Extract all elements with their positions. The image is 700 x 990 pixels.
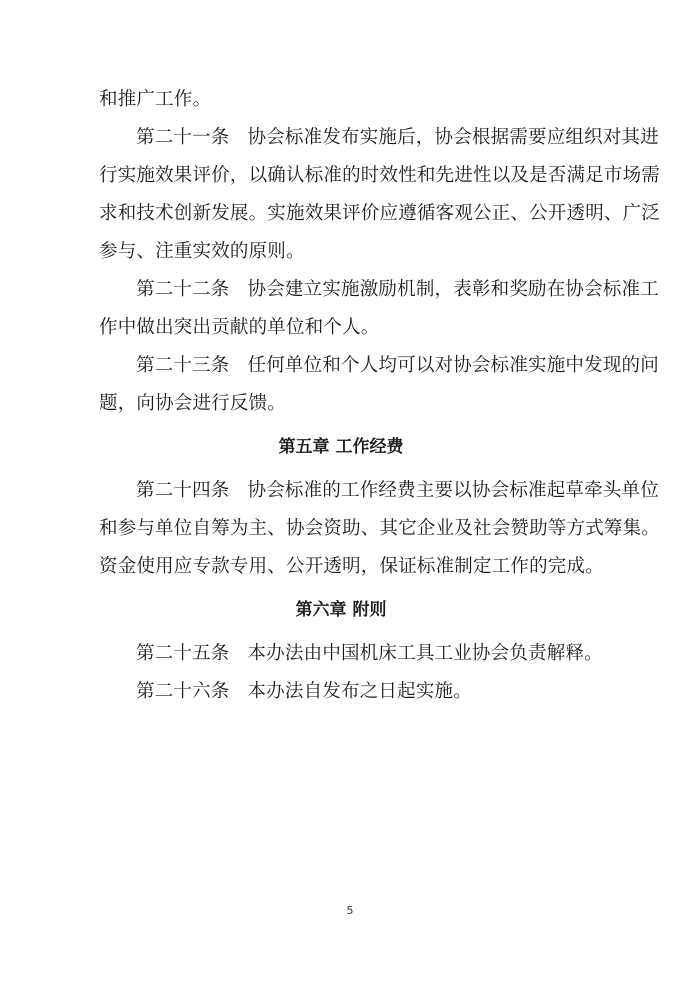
line-text: 题，向协会进行反馈。 — [99, 393, 286, 414]
paragraph-continuation: 和推广工作。 — [99, 88, 211, 112]
article-number: 第二十六条 — [136, 681, 230, 702]
article-22-line-2: 作中做出突出贡献的单位和个人。 — [99, 316, 380, 340]
line-text: 和推广工作。 — [99, 89, 211, 110]
article-26: 第二十六条本办法自发布之日起实施。 — [136, 680, 472, 704]
article-22: 第二十二条协会建立实施激励机制，表彰和奖励在协会标准工 — [136, 278, 659, 302]
line-text: 协会标准的工作经费主要以协会标准起草牵头单位 — [248, 480, 659, 501]
article-number: 第二十五条 — [136, 643, 230, 664]
article-number: 第二十三条 — [136, 355, 230, 376]
chapter-6-heading: 第六章 附则 — [99, 598, 583, 622]
article-21-line-3: 求和技术创新发展。实施效果评价应遵循客观公正、公开透明、广泛 — [99, 202, 660, 226]
article-21-line-2: 行实施效果评价，以确认标准的时效性和先进性以及是否满足市场需 — [99, 164, 660, 188]
line-text: 作中做出突出贡献的单位和个人。 — [99, 317, 380, 338]
line-text: 行实施效果评价，以确认标准的时效性和先进性以及是否满足市场需 — [99, 165, 660, 186]
article-24-line-2: 和参与单位自筹为主、协会资助、其它企业及社会赞助等方式筹集。 — [99, 517, 660, 541]
article-23: 第二十三条任何单位和个人均可以对协会标准实施中发现的问 — [136, 354, 659, 378]
line-text: 资金使用应专款专用、公开透明，保证标准制定工作的完成。 — [99, 556, 604, 577]
article-21: 第二十一条协会标准发布实施后，协会根据需要应组织对其进 — [136, 126, 659, 150]
line-text: 和参与单位自筹为主、协会资助、其它企业及社会赞助等方式筹集。 — [99, 518, 660, 539]
line-text: 任何单位和个人均可以对协会标准实施中发现的问 — [248, 355, 659, 376]
chapter-5-heading: 第五章 工作经费 — [99, 435, 583, 459]
article-25: 第二十五条本办法由中国机床工具工业协会负责解释。 — [136, 642, 603, 666]
article-23-line-2: 题，向协会进行反馈。 — [99, 392, 286, 416]
line-text: 求和技术创新发展。实施效果评价应遵循客观公正、公开透明、广泛 — [99, 203, 660, 224]
page-number: 5 — [0, 904, 700, 917]
article-21-line-4: 参与、注重实效的原则。 — [99, 240, 305, 264]
line-text: 协会标准发布实施后，协会根据需要应组织对其进 — [248, 127, 659, 148]
line-text: 参与、注重实效的原则。 — [99, 241, 305, 262]
article-number: 第二十一条 — [136, 127, 230, 148]
line-text: 本办法由中国机床工具工业协会负责解释。 — [248, 643, 603, 664]
article-24-line-3: 资金使用应专款专用、公开透明，保证标准制定工作的完成。 — [99, 555, 604, 579]
line-text: 协会建立实施激励机制，表彰和奖励在协会标准工 — [248, 279, 659, 300]
article-24: 第二十四条协会标准的工作经费主要以协会标准起草牵头单位 — [136, 479, 659, 503]
article-number: 第二十二条 — [136, 279, 230, 300]
article-number: 第二十四条 — [136, 480, 230, 501]
line-text: 本办法自发布之日起实施。 — [248, 681, 472, 702]
